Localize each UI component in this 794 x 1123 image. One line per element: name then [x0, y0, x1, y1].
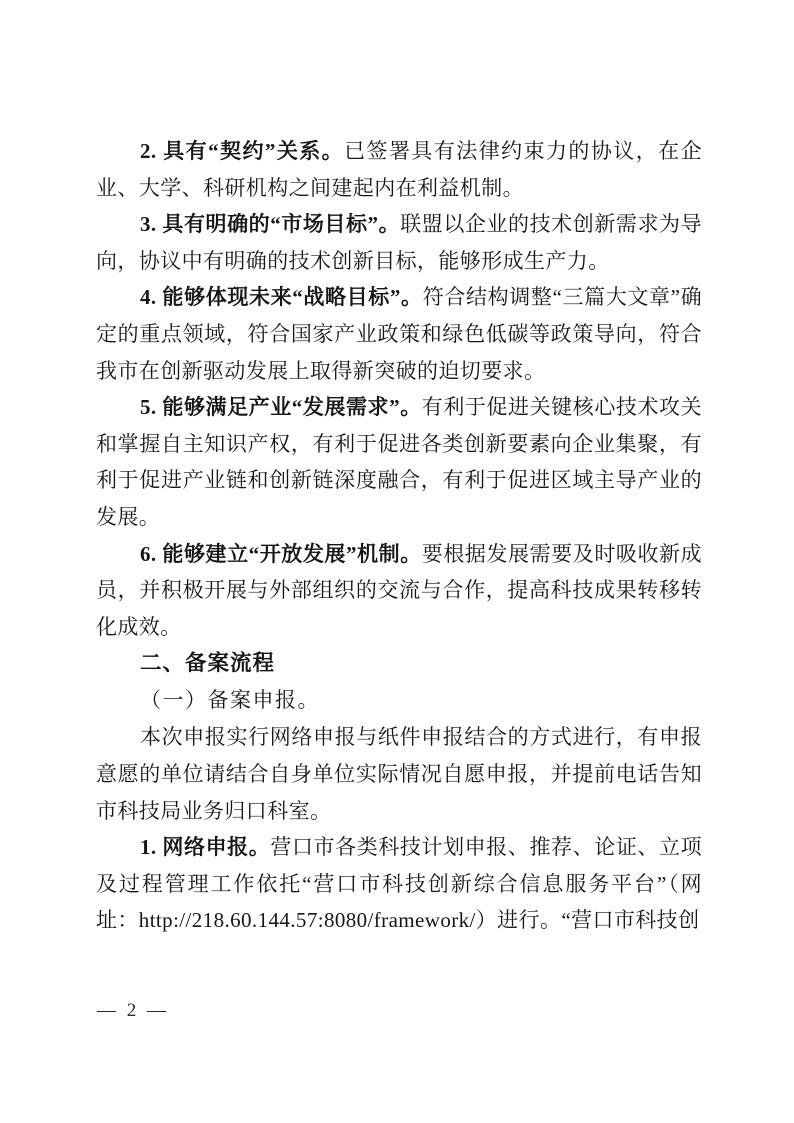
paragraph-lead: 2. 具有“契约”关系。	[140, 139, 344, 163]
document-page: 2. 具有“契约”关系。已签署具有法律约束力的协议，在企业、大学、科研机构之间建…	[0, 0, 794, 1123]
paragraph-lead: 6. 能够建立“开放发展”机制。	[140, 542, 422, 566]
section-heading: 二、备案流程	[96, 645, 702, 682]
paragraph: 6. 能够建立“开放发展”机制。要根据发展需要及时吸收新成员，并积极开展与外部组…	[96, 536, 702, 646]
document-body: 2. 具有“契约”关系。已签署具有法律约束力的协议，在企业、大学、科研机构之间建…	[96, 133, 702, 939]
paragraph: 1. 网络申报。营口市各类科技计划申报、推荐、论证、立项及过程管理工作依托“营口…	[96, 829, 702, 939]
paragraph-lead: 1. 网络申报。	[140, 835, 270, 859]
paragraph: 2. 具有“契约”关系。已签署具有法律约束力的协议，在企业、大学、科研机构之间建…	[96, 133, 702, 206]
paragraph: 5. 能够满足产业“发展需求”。有利于促进关键核心技术攻关和掌握自主知识产权，有…	[96, 389, 702, 535]
paragraph: 4. 能够体现未来“战略目标”。符合结构调整“三篇大文章”确定的重点领域，符合国…	[96, 279, 702, 389]
paragraph-lead: 4. 能够体现未来“战略目标”。	[140, 285, 423, 309]
paragraph-lead: 3. 具有明确的“市场目标”。	[140, 212, 400, 236]
page-number: — 2 —	[97, 1000, 169, 1022]
paragraph: 本次申报实行网络申报与纸件申报结合的方式进行，有申报意愿的单位请结合自身单位实际…	[96, 719, 702, 829]
paragraph-text: 本次申报实行网络申报与纸件申报结合的方式进行，有申报意愿的单位请结合自身单位实际…	[96, 725, 702, 822]
sub-section-heading: （一）备案申报。	[96, 682, 702, 719]
paragraph-lead: 5. 能够满足产业“发展需求”。	[140, 395, 422, 419]
paragraph: 3. 具有明确的“市场目标”。联盟以企业的技术创新需求为导向，协议中有明确的技术…	[96, 206, 702, 279]
